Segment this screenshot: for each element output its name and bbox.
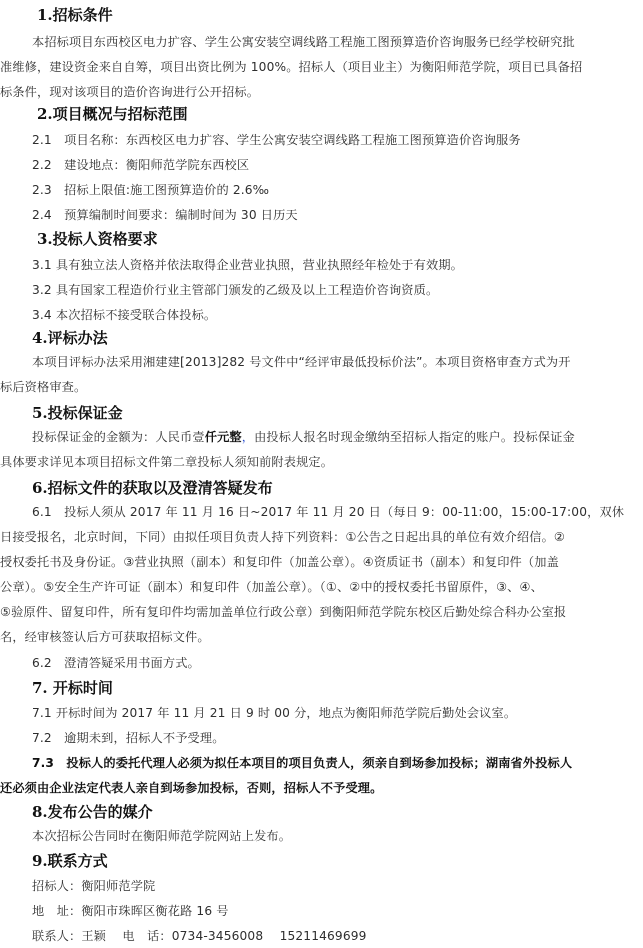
section-3-item: 3.2 具有国家工程造价行业主管部门颁发的乙级及以上工程造价咨询资质。 bbox=[32, 281, 438, 298]
section-7-item: 7.2 逾期未到，招标人不予受理。 bbox=[32, 729, 225, 746]
section-4-line: 本项目评标办法采用湘建建[2013]282 号文件中“经评审最低投标价法”。本项… bbox=[32, 353, 571, 370]
section-2-item: 2.2 建设地点：衡阳师范学院东西校区 bbox=[32, 156, 249, 173]
section-3-item: 3.1 具有独立法人资格并依法取得企业营业执照，营业执照经年检处于有效期。 bbox=[32, 256, 463, 273]
deposit-text-suffix: 由投标人报名时现金缴纳至招标人指定的账户。投标保证金 bbox=[254, 430, 575, 444]
section-2-item: 2.4 预算编制时间要求：编制时间为 30 日历天 bbox=[32, 206, 298, 223]
section-7-heading: 7. 开标时间 bbox=[32, 677, 113, 698]
deposit-amount: 仟元整 bbox=[205, 430, 242, 444]
section-7-bold-line: 7.3 投标人的委托代理人必须为拟任本项目的项目负责人，须亲自到场参加投标；湖南… bbox=[32, 754, 572, 771]
section-7-bold-line: 还必须由企业法定代表人亲自到场参加投标，否则，招标人不予受理。 bbox=[0, 779, 382, 796]
section-5-line: 投标保证金的金额为：人民币壹仟元整，由投标人报名时现金缴纳至招标人指定的账户。投… bbox=[32, 428, 575, 445]
deposit-comma: ， bbox=[242, 430, 254, 444]
section-2-item: 2.3 招标上限值:施工图预算造价的 2.6‰ bbox=[32, 181, 269, 198]
section-8-heading: 8.发布公告的媒介 bbox=[32, 801, 153, 822]
section-5-heading: 5.投标保证金 bbox=[32, 402, 123, 423]
section-1-line: 标条件，现对该项目的造价咨询进行公开招标。 bbox=[0, 83, 259, 100]
section-6-line: 6.1 投标人须从 2017 年 11 月 16 日~2017 年 11 月 2… bbox=[32, 503, 624, 520]
section-3-heading: 3.投标人资格要求 bbox=[37, 228, 158, 249]
section-6-line: 公章）。⑤安全生产许可证（副本）和复印件（加盖公章）。（①、②中的授权委托书留原… bbox=[0, 578, 543, 595]
section-6-line: ⑤验原件、留复印件，所有复印件均需加盖单位行政公章）到衡阳师范学院东校区后勤处综… bbox=[0, 603, 566, 620]
section-6-line: 授权委托书及身份证。③营业执照（副本）和复印件（加盖公章）。④资质证书（副本）和… bbox=[0, 553, 559, 570]
section-3-item: 3.4 本次招标不接受联合体投标。 bbox=[32, 306, 216, 323]
section-1-line: 本招标项目东西校区电力扩容、学生公寓安装空调线路工程施工图预算造价咨询服务已经学… bbox=[32, 33, 575, 50]
section-6-heading: 6.招标文件的获取以及澄清答疑发布 bbox=[32, 477, 273, 498]
deposit-text-prefix: 投标保证金的金额为：人民币壹 bbox=[32, 430, 205, 444]
contact-person-phone: 联系人：王颖 电 话：0734-3456008 15211469699 bbox=[32, 927, 367, 944]
section-2-item: 2.1 项目名称：东西校区电力扩容、学生公寓安装空调线路工程施工图预算造价咨询服… bbox=[32, 131, 521, 148]
section-1-line: 准维修，建设资金来自自筹，项目出资比例为 100%。招标人（项目业主）为衡阳师范… bbox=[0, 58, 582, 75]
section-1-heading: 1.招标条件 bbox=[37, 4, 113, 25]
contact-tenderer: 招标人：衡阳师范学院 bbox=[32, 877, 155, 894]
section-6-line: 日接受报名，北京时间，下同）由拟任项目负责人持下列资料：①公告之日起出具的单位有… bbox=[0, 528, 565, 545]
section-4-line: 标后资格审查。 bbox=[0, 378, 86, 395]
section-6-line: 名，经审核签认后方可获取招标文件。 bbox=[0, 628, 210, 645]
section-5-line: 具体要求详见本项目招标文件第二章投标人须知前附表规定。 bbox=[0, 453, 333, 470]
section-8-line: 本次招标公告同时在衡阳师范学院网站上发布。 bbox=[32, 827, 291, 844]
section-7-item: 7.1 开标时间为 2017 年 11 月 21 日 9 时 00 分，地点为衡… bbox=[32, 704, 516, 721]
contact-address: 地 址：衡阳市珠晖区衡花路 16 号 bbox=[32, 902, 229, 919]
section-6-item: 6.2 澄清答疑采用书面方式。 bbox=[32, 654, 200, 671]
section-2-heading: 2.项目概况与招标范围 bbox=[37, 103, 188, 124]
section-4-heading: 4.评标办法 bbox=[32, 327, 108, 348]
section-9-heading: 9.联系方式 bbox=[32, 850, 108, 871]
